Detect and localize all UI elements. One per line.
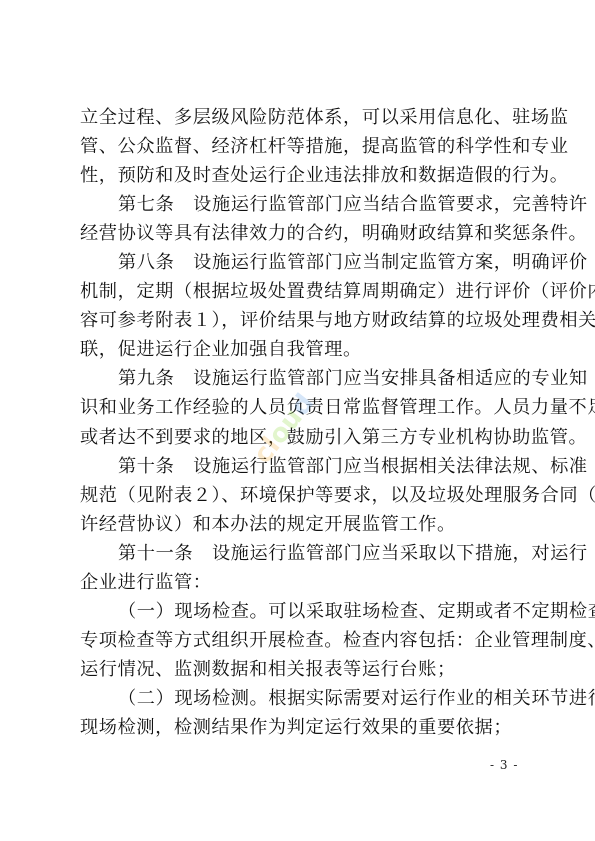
text-line: 联，促进运行企业加强自我管理。 — [80, 335, 522, 364]
text-line: 经营协议等具有法律效力的合约，明确财政结算和奖惩条件。 — [80, 219, 522, 248]
text-line: 许经营协议）和本办法的规定开展监管工作。 — [80, 510, 522, 539]
text-line: 运行情况、监测数据和相关报表等运行台账； — [80, 655, 522, 684]
text-line: 机制，定期（根据垃圾处置费结算周期确定）进行评价（评价内 — [80, 277, 522, 306]
text-line: 性，预防和及时查处运行企业违法排放和数据造假的行为。 — [80, 161, 522, 190]
item-2-line: （二）现场检测。根据实际需要对运行作业的相关环节进行 — [80, 684, 522, 713]
text-line: 管、公众监督、经济杠杆等措施，提高监管的科学性和专业 — [80, 132, 522, 161]
text-line: 或者达不到要求的地区，鼓励引入第三方专业机构协助监管。 — [80, 423, 522, 452]
article-10-heading-line: 第十条 设施运行监管部门应当根据相关法律法规、标准 — [80, 452, 522, 481]
article-7-heading-line: 第七条 设施运行监管部门应当结合监管要求，完善特许 — [80, 190, 522, 219]
text-line: 专项检查等方式组织开展检查。检查内容包括：企业管理制度、 — [80, 626, 522, 655]
article-8-heading-line: 第八条 设施运行监管部门应当制定监管方案，明确评价 — [80, 248, 522, 277]
document-page: 立全过程、多层级风险防范体系，可以采用信息化、驻场监 管、公众监督、经济杠杆等措… — [0, 0, 595, 841]
text-line: 企业进行监管： — [80, 568, 522, 597]
text-line: 现场检测，检测结果作为判定运行效果的重要依据； — [80, 713, 522, 742]
text-line: 规范（见附表２）、环境保护等要求，以及垃圾处理服务合同（特 — [80, 481, 522, 510]
page-number: - 3 - — [490, 758, 518, 772]
text-line: 容可参考附表１），评价结果与地方财政结算的垃圾处理费相关 — [80, 306, 522, 335]
document-body: 立全过程、多层级风险防范体系，可以采用信息化、驻场监 管、公众监督、经济杠杆等措… — [80, 103, 522, 742]
item-1-line: （一）现场检查。可以采取驻场检查、定期或者不定期检查、 — [80, 597, 522, 626]
text-line: 立全过程、多层级风险防范体系，可以采用信息化、驻场监 — [80, 103, 522, 132]
text-line: 识和业务工作经验的人员负责日常监督管理工作。人员力量不足 — [80, 393, 522, 422]
article-9-heading-line: 第九条 设施运行监管部门应当安排具备相适应的专业知 — [80, 364, 522, 393]
article-11-heading-line: 第十一条 设施运行监管部门应当采取以下措施，对运行 — [80, 539, 522, 568]
